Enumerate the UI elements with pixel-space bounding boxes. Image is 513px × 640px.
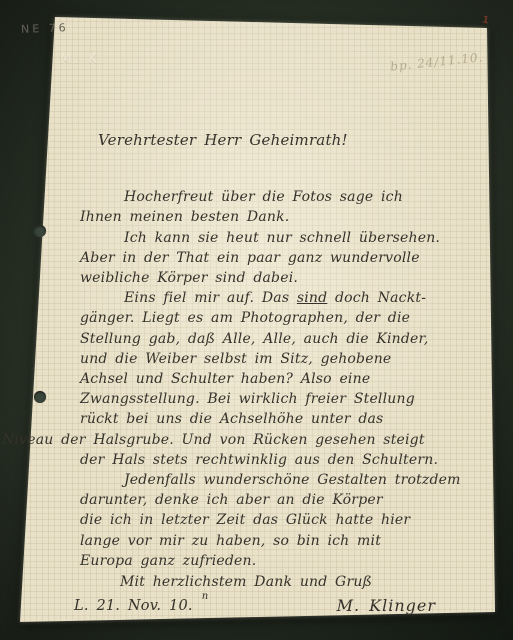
letter-text: Verehrtester Herr Geheimrath! Hocherfreu… bbox=[80, 130, 476, 616]
letter-line: Aber in der That ein paar ganz wundervol… bbox=[80, 248, 476, 268]
letter-line: Hocherfreut über die Fotos sage ich bbox=[80, 187, 476, 207]
letter-line: der Hals stets rechtwinklig aus den Schu… bbox=[80, 450, 476, 470]
letter-line: Zwangsstellung. Bei wirklich freier Stel… bbox=[80, 389, 476, 409]
letter-line: Eins fiel mir auf. Das sind doch Nackt- bbox=[80, 288, 476, 308]
letter-line: gänger. Liegt es am Photographen, der di… bbox=[80, 308, 476, 328]
letter-line: rückt bei uns die Achselhöhe unter das bbox=[80, 409, 476, 429]
archive-corner-label: NE 76 bbox=[21, 21, 69, 36]
letter-line: Achsel und Schulter haben? Also eine bbox=[80, 369, 476, 389]
letter-line: Jedenfalls wunderschöne Gestalten trotzd… bbox=[80, 470, 476, 490]
letter-line: und die Weiber selbst im Sitz, gehobene bbox=[80, 349, 476, 369]
letter-line: Ihnen meinen besten Dank. bbox=[80, 207, 476, 227]
letter-line: weibliche Körper sind dabei. bbox=[80, 268, 476, 288]
letter-signature: M. Klinger bbox=[337, 596, 436, 616]
letter-salutation: Verehrtester Herr Geheimrath! bbox=[98, 130, 476, 150]
punch-hole-bottom bbox=[34, 391, 46, 403]
paper-watermark-monogram: M. K. bbox=[60, 52, 107, 67]
letter-date: L. 21. Nov. 10. bbox=[74, 596, 193, 616]
date-superscript-mark: n bbox=[202, 587, 209, 607]
punch-hole-top bbox=[34, 225, 46, 237]
letter-line: Niveau der Halsgrube. Und von Rücken ges… bbox=[2, 430, 476, 450]
letter-line: Ich kann sie heut nur schnell übersehen. bbox=[80, 228, 476, 248]
letter-line: darunter, denke ich aber an die Körper bbox=[80, 490, 476, 510]
letter-line: die ich in letzter Zeit das Glück hatte … bbox=[80, 510, 476, 530]
letter-line: Mit herzlichstem Dank und Gruß bbox=[120, 572, 476, 592]
letter-line: lange vor mir zu haben, so bin ich mit bbox=[80, 531, 476, 551]
letter-line: Europa ganz zufrieden. bbox=[80, 551, 476, 571]
letter-line: Stellung gab, daß Alle, Alle, auch die K… bbox=[80, 329, 476, 349]
date-signature-row: L. 21. Nov. 10. n M. Klinger bbox=[80, 596, 476, 616]
letter-body-lines: Hocherfreut über die Fotos sage ichIhnen… bbox=[80, 187, 476, 592]
